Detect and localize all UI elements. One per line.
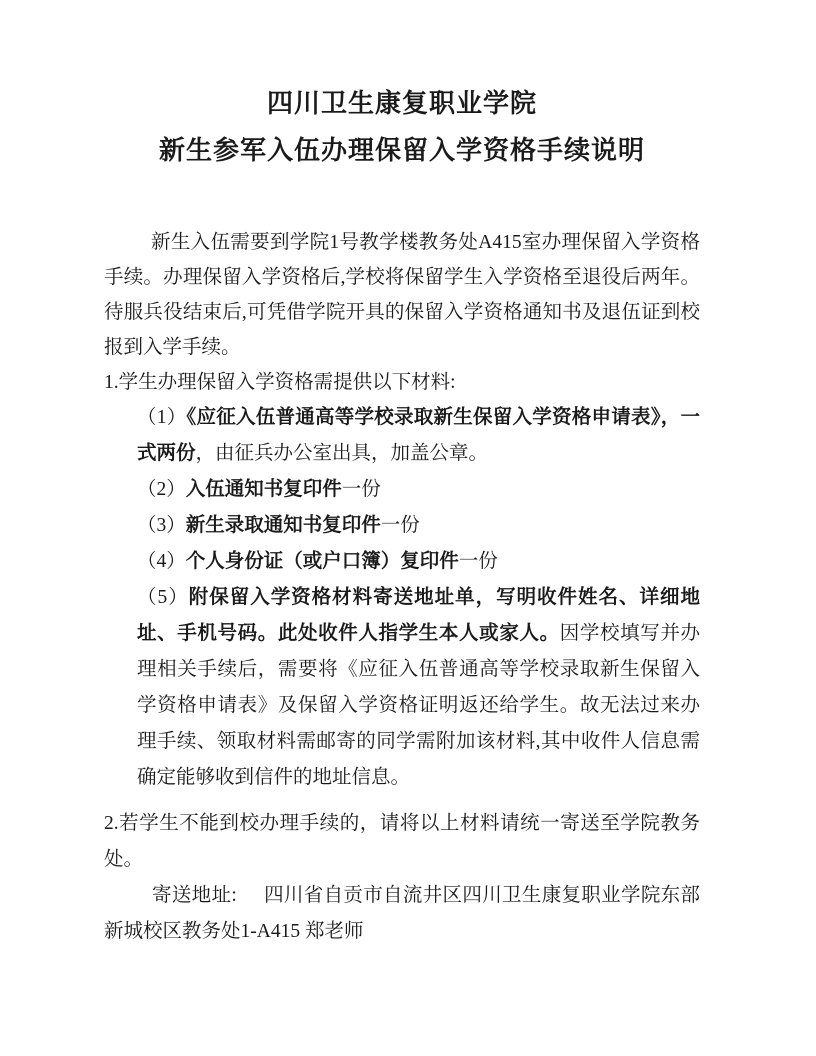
material-marker: （1） [137,407,187,428]
material-bold-text: 个人身份证（或户口簿）复印件 [186,551,459,572]
material-detail-text: 因学校填写并办理相关手续后，需要将《应征入伍普通高等学校录取新生保留入学资格申请… [137,623,700,788]
material-marker: （5） [137,587,189,608]
material-marker: （4） [137,551,186,572]
material-item-1: （1）《应征入伍普通高等学校录取新生保留入学资格申请表》，一式两份，由征兵办公室… [137,400,700,472]
material-item-4: （4）个人身份证（或户口簿）复印件一份 [137,544,700,580]
document-subtitle: 新生参军入伍办理保留入学资格手续说明 [104,131,700,171]
material-detail-text: ，由征兵办公室出具，加盖公章。 [196,443,489,464]
material-marker: （3） [137,515,186,536]
document-body: 新生入伍需要到学院1号教学楼教务处A415室办理保留入学资格手续。办理保留入学资… [104,225,700,950]
intro-paragraph: 新生入伍需要到学院1号教学楼教务处A415室办理保留入学资格手续。办理保留入学资… [104,225,700,365]
material-item-2: （2）入伍通知书复印件一份 [137,472,700,508]
material-detail-text: 一份 [342,479,381,500]
material-detail-text: 一份 [381,515,420,536]
material-bold-text: 新生录取通知书复印件 [186,515,381,536]
material-marker: （2） [137,479,186,500]
document-title: 四川卫生康复职业学院 [104,84,700,124]
mailing-address-label: 寄送地址: [152,885,237,906]
section-2-paragraph: 2.若学生不能到校办理手续的，请将以上材料请统一寄送至学院教务处。 [104,806,700,878]
mailing-address-paragraph: 寄送地址:四川省自贡市自流井区四川卫生康复职业学院东部新城校区教务处1-A415… [104,878,700,950]
material-detail-text: 一份 [459,551,498,572]
material-bold-text: 入伍通知书复印件 [186,479,342,500]
material-item-5: （5）附保留入学资格材料寄送地址单，写明收件姓名、详细地址、手机号码。此处收件人… [137,580,700,796]
document-page: 四川卫生康复职业学院 新生参军入伍办理保留入学资格手续说明 新生入伍需要到学院1… [0,0,816,1056]
material-item-3: （3）新生录取通知书复印件一份 [137,508,700,544]
section-1-heading: 1.学生办理保留入学资格需提供以下材料: [104,365,700,400]
